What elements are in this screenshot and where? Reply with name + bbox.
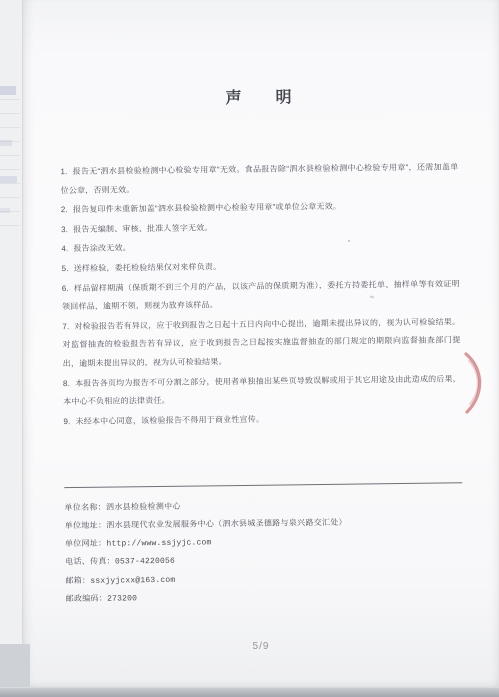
- bleed-through-smudge: [0, 208, 10, 213]
- page-number: 5/9: [23, 641, 499, 652]
- footer-divider: [64, 483, 462, 489]
- bleed-through-smudge: [0, 176, 17, 183]
- item-number: 5.: [62, 264, 69, 273]
- item-number: 6.: [62, 284, 69, 293]
- item-number: 7.: [62, 322, 69, 331]
- statement-item: 9.未经本中心同意，该检验报告不得用于商业性宣传。: [63, 408, 461, 431]
- page-content: 声明 1.报告无“泗水县检验检测中心检验专用章”无效。食品报告除“泗水县检验检测…: [58, 0, 463, 609]
- field-value: 泗水县现代农业发展服务中心（泗水县城圣德路与泉兴路交汇处）: [106, 518, 347, 530]
- field-value: 0537-4220056: [115, 557, 175, 567]
- item-text: 送样检验，委托检验结果仅对来样负责。: [74, 262, 222, 273]
- item-number: 9.: [63, 417, 70, 426]
- field-label: 邮箱：: [65, 576, 90, 585]
- contact-block: 单位名称：泗水县检验检测中心 单位地址：泗水县现代农业发展服务中心（泗水县城圣德…: [64, 495, 463, 609]
- item-number: 4.: [61, 244, 68, 253]
- item-number: 3.: [61, 225, 68, 234]
- scan-noise-speck: [234, 521, 240, 522]
- field-value: 泗水县检验检测中心: [106, 502, 181, 512]
- bleed-through-smudge: [0, 140, 12, 146]
- bleed-through-lines: [0, 86, 20, 238]
- item-text: 本报告各页均为报告不可分割之部分，使用者单独抽出某些页导致误解或用于其它用途及由…: [63, 374, 461, 406]
- field-label: 单位地址：: [65, 521, 107, 531]
- item-text: 对检验报告若有异议，应于收到报告之日起十五日内向中心提出，逾期未提出异议的，视为…: [62, 317, 460, 368]
- item-text: 未经本中心同意，该检验报告不得用于商业性宣传。: [75, 414, 264, 425]
- scan-noise-speck: [348, 240, 350, 242]
- item-number: 1.: [60, 167, 67, 176]
- field-label: 单位名称：: [64, 503, 106, 513]
- scanner-bed-edge: [0, 687, 499, 697]
- statement-item: 8.本报告各页均为报告不可分割之部分，使用者单独抽出某些页导致误解或用于其它用途…: [63, 370, 461, 412]
- red-paging-seal-fragment-icon: [462, 350, 492, 416]
- item-number: 8.: [63, 379, 70, 388]
- bleed-through-smudge: [0, 86, 16, 95]
- item-text: 报告复印件未重新加盖“泗水县检验检测中心检验专用章”或单位公章无效。: [73, 202, 341, 214]
- page-title: 声明: [59, 82, 457, 110]
- statement-item: 1.报告无“泗水县检验检测中心检验专用章”无效。食品报告除“泗水县检验检测中心检…: [60, 158, 458, 200]
- scanner-bed-corner: [0, 644, 30, 688]
- field-label: 邮政编码：: [66, 594, 108, 604]
- field-value: ssxjyjcxx@163.com: [90, 576, 175, 586]
- document-page: 声明 1.报告无“泗水县检验检测中心检验专用章”无效。食品报告除“泗水县检验检测…: [23, 0, 499, 688]
- item-text: 报告无编制、审核、批准人签字无效。: [73, 223, 213, 234]
- statement-list: 1.报告无“泗水县检验检测中心检验专用章”无效。食品报告除“泗水县检验检测中心检…: [60, 158, 461, 431]
- field-value: http://www.ssjyjc.com: [106, 538, 211, 548]
- field-label: 电话、传真：: [65, 557, 115, 567]
- underlying-page-edge: [0, 0, 23, 688]
- item-text: 样品留样期满（保质期不到三个月的产品，以该产品的保质期为准），委托方持委托单、抽…: [62, 279, 460, 311]
- item-text: 报告无“泗水县检验检测中心检验专用章”无效。食品报告除“泗水县检验检测中心检验专…: [61, 162, 459, 194]
- statement-item: 6.样品留样期满（保质期不到三个月的产品，以该产品的保质期为准），委托方持委托单…: [62, 275, 460, 317]
- field-label: 单位网址：: [65, 538, 107, 548]
- statement-item: 7.对检验报告若有异议，应于收到报告之日起十五日内向中心提出，逾期未提出异议的，…: [62, 313, 461, 374]
- field-value: 273200: [107, 595, 137, 604]
- item-text: 报告涂改无效。: [73, 244, 131, 254]
- postal-code-row: 邮政编码：273200: [66, 586, 464, 609]
- item-number: 2.: [61, 205, 68, 214]
